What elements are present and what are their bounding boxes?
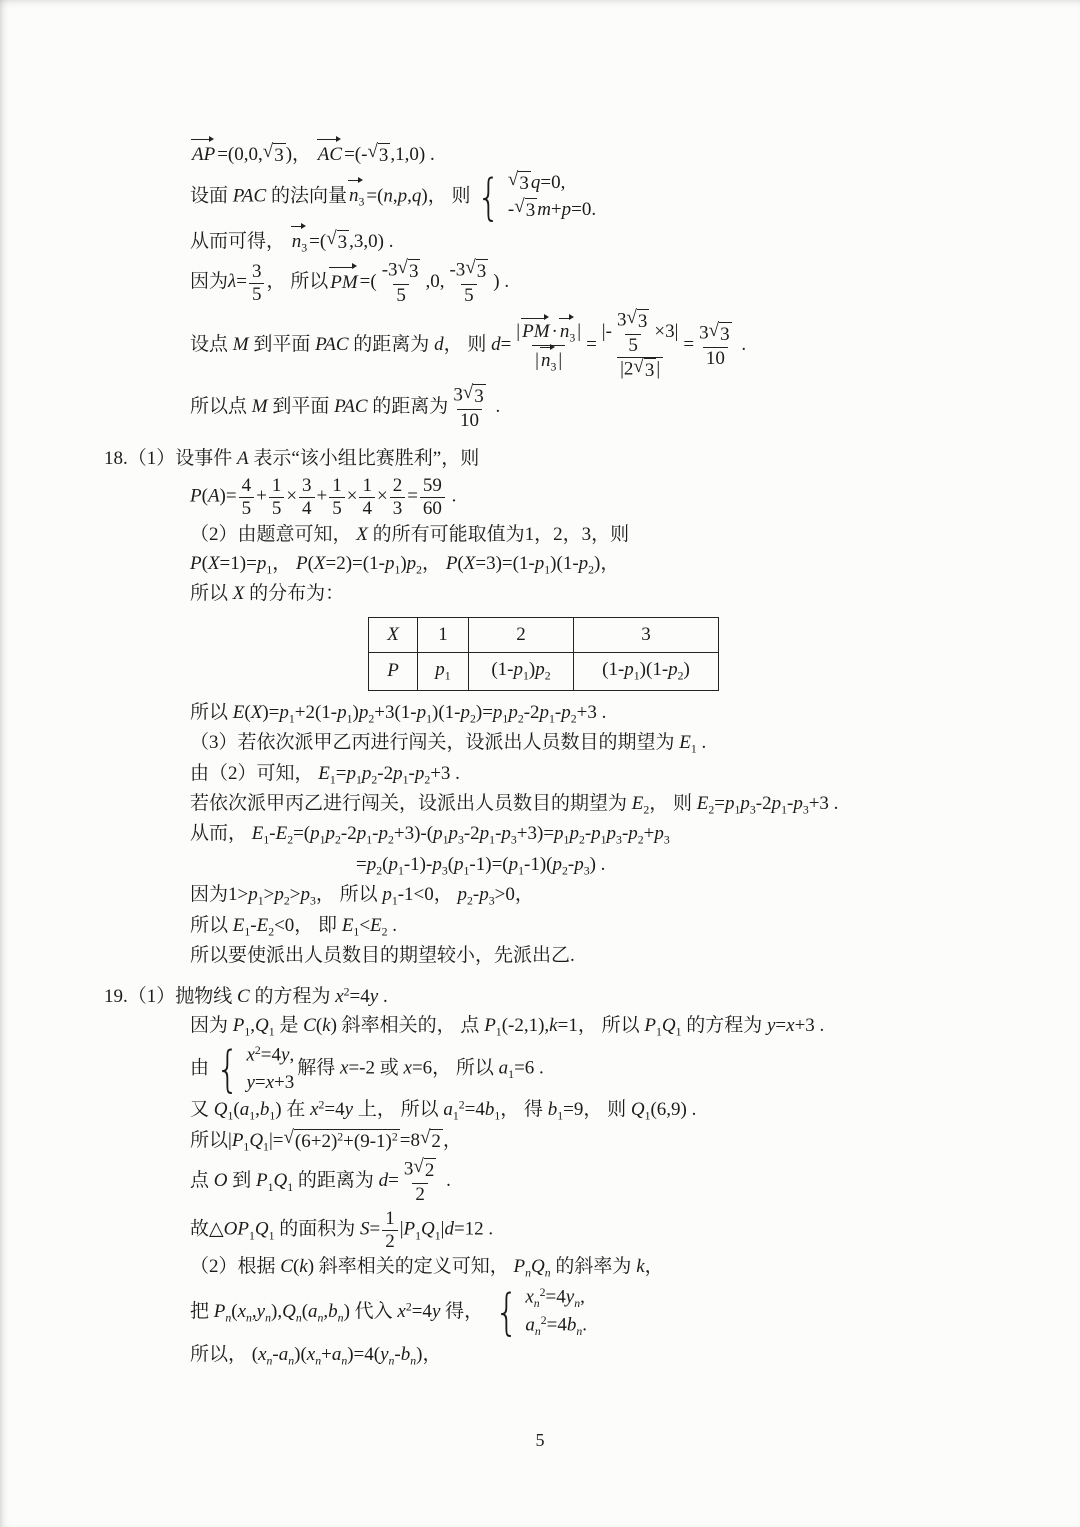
math-line: 从而可得， n3=(√3,3,0) . <box>190 225 1080 257</box>
math-line: 设点 M 到平面 PAC 的距离为 d， 则 d=|PM·n3||n3|=|-3… <box>190 309 1080 382</box>
math-line: 所以 E1-E2<0， 即 E1<E2 . <box>190 913 1080 941</box>
math-line: （3）若依次派甲乙丙进行闯关，设派出人员数目的期望为 E1 . <box>190 730 1080 758</box>
table-cell: (1-p1)p2 <box>469 652 574 690</box>
math-line: P(X=1)=p1， P(X=2)=(1-p1)p2， P(X=3)=(1-p1… <box>190 551 1080 579</box>
math-line: P(A)=45+15×34+15×14×23=5960 . <box>190 475 1080 520</box>
math-line: 所以点 M 到平面 PAC 的距离为3√310 . <box>190 384 1080 432</box>
math-line: 所以|P1Q1|=√(6+2)2+(9-1)2=8√2， <box>190 1128 1080 1156</box>
solution-content: AP=(0,0,√3)， AC=(-√3,1,0) .设面 PAC 的法向量n3… <box>0 0 1080 1370</box>
math-line: 因为 P1,Q1 是 C(k) 斜率相关的， 点 P1(-2,1),k=1， 所… <box>190 1013 1080 1041</box>
table-cell: 2 <box>469 617 574 652</box>
math-line: 把 Pn(xn,yn),Qn(an,bn) 代入 x2=4y 得， {xn2=4… <box>190 1285 1080 1340</box>
math-line: AP=(0,0,√3)， AC=(-√3,1,0) . <box>190 138 1080 169</box>
math-line: 故△OP1Q1 的面积为 S=12|P1Q1|d=12 . <box>190 1208 1080 1253</box>
table-cell: 1 <box>418 617 469 652</box>
math-line: =p2(p1-1)-p3(p1-1)=(p1-1)(p2-p3) . <box>356 852 1080 880</box>
table-cell: 3 <box>574 617 719 652</box>
math-line: 因为λ=35， 所以PM=(-3√35,0,-3√35) . <box>190 259 1080 307</box>
math-line: 由{x2=4y,y=x+3解得 x=-2 或 x=6， 所以 a1=6 . <box>190 1043 1080 1095</box>
math-line: 所以 E(X)=p1+2(1-p1)p2+3(1-p1)(1-p2)=p1p2-… <box>190 700 1080 728</box>
math-line: 所以要使派出人员数目的期望较小，先派出乙. <box>190 943 1080 970</box>
math-line: 点 O 到 P1Q1 的距离为 d=3√22 . <box>190 1158 1080 1206</box>
distribution-table: X123Pp1(1-p1)p2(1-p1)(1-p2) <box>368 617 719 691</box>
math-line: 18.（1）设事件 A 表示“该小组比赛胜利”，则 <box>104 446 1080 473</box>
math-line: 从而， E1-E2=(p1p2-2p1-p2+3)-(p1p3-2p1-p3+3… <box>190 821 1080 849</box>
table-cell: X <box>369 617 418 652</box>
section-q17-solution: AP=(0,0,√3)， AC=(-√3,1,0) .设面 PAC 的法向量n3… <box>0 138 1080 432</box>
math-line: 因为1>p1>p2>p3， 所以 p1-1<0， p2-p3>0， <box>190 882 1080 910</box>
table-row: Pp1(1-p1)p2(1-p1)(1-p2) <box>369 652 719 690</box>
math-line: （2）根据 C(k) 斜率相关的定义可知， PnQn 的斜率为 k， <box>190 1254 1080 1282</box>
math-line: 若依次派甲丙乙进行闯关，设派出人员数目的期望为 E2， 则 E2=p1p3-2p… <box>190 791 1080 819</box>
math-line: 所以 X 的分布为： <box>190 581 1080 608</box>
math-line: 又 Q1(a1,b1) 在 x2=4y 上， 所以 a12=4b1， 得 b1=… <box>190 1097 1080 1125</box>
math-line: 由（2）可知， E1=p1p2-2p1-p2+3 . <box>190 761 1080 789</box>
page-number: 5 <box>0 1430 1080 1451</box>
table-cell: (1-p1)(1-p2) <box>574 652 719 690</box>
math-line: 设面 PAC 的法向量n3=(n,p,q)， 则{√3q=0,-√3m+p=0. <box>190 171 1080 223</box>
math-line: 所以， (xn-an)(xn+an)=4(yn-bn)， <box>190 1342 1080 1370</box>
math-line: 19.（1）抛物线 C 的方程为 x2=4y . <box>104 984 1080 1011</box>
table-cell: p1 <box>418 652 469 690</box>
section-q19-solution: 19.（1）抛物线 C 的方程为 x2=4y .因为 P1,Q1 是 C(k) … <box>0 984 1080 1370</box>
table-cell: P <box>369 652 418 690</box>
math-line: （2）由题意可知， X 的所有可能取值为1，2，3，则 <box>190 522 1080 549</box>
section-q18-solution: 18.（1）设事件 A 表示“该小组比赛胜利”，则P(A)=45+15×34+1… <box>0 446 1080 970</box>
document-page: AP=(0,0,√3)， AC=(-√3,1,0) .设面 PAC 的法向量n3… <box>0 0 1080 1527</box>
table-row: X123 <box>369 617 719 652</box>
